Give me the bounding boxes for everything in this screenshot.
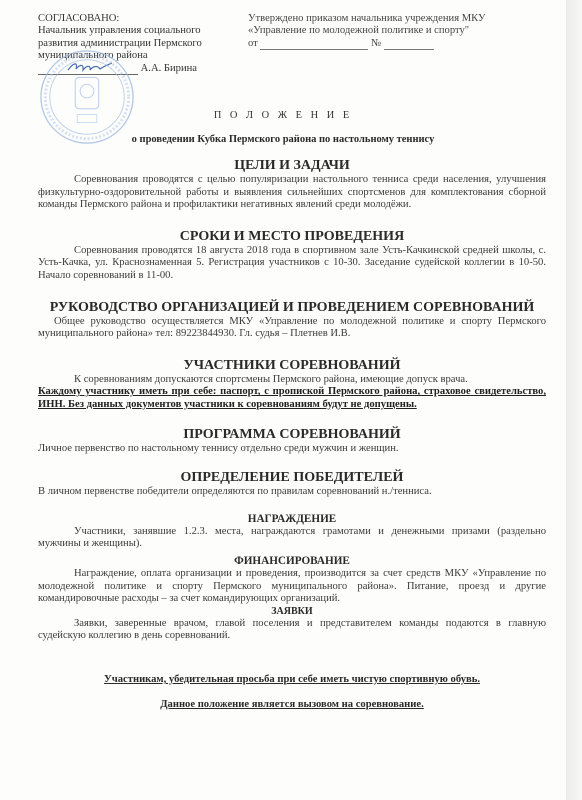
approval-order-block: Утверждено приказом начальника учреждени… [248,13,548,50]
section-text-management: Общее руководство осуществляется МКУ «Уп… [38,316,546,341]
section-text-financing: Награждение, оплата организации и провед… [38,568,546,606]
signatory-name: А.А. Бирина [141,63,197,74]
section-heading-dates-venue: СРОКИ И МЕСТО ПРОВЕДЕНИЯ [38,228,546,245]
approved-label: СОГЛАСОВАНО: [38,13,248,25]
section-text-winners: В личном первенстве победители определяю… [38,486,546,499]
section-text-goals: Соревнования проводятся с целью популяри… [38,174,546,212]
note-official-invitation: Данное положение является вызовом на сор… [38,698,546,711]
section-heading-financing: ФИНАНСИРОВАНИЕ [38,555,546,568]
participants-required-documents: Каждому участнику иметь при себе: паспор… [38,386,546,411]
section-heading-participants: УЧАСТНИКИ СОРЕВНОВАНИЙ [38,357,546,374]
section-heading-winners: ОПРЕДЕЛЕНИЕ ПОБЕДИТЕЛЕЙ [38,469,546,486]
section-text-dates-venue: Соревнования проводятся 18 августа 2018 … [38,245,546,283]
date-blank [260,39,368,50]
round-seal-stamp-icon [38,48,136,146]
note-sport-shoes: Участникам, убедительная просьба при себ… [38,673,546,686]
section-heading-program: ПРОГРАММА СОРЕВНОВАНИЙ [38,426,546,443]
number-blank [384,39,434,50]
section-heading-goals: ЦЕЛИ И ЗАДАЧИ [38,157,546,174]
section-heading-awards: НАГРАЖДЕНИЕ [38,513,546,526]
scan-page-edge [566,0,582,800]
section-text-participants: К соревнованиям допускаются спортсмены П… [38,374,546,387]
order-line-2: «Управление по молодежной политике и спо… [248,25,548,37]
section-heading-applications: ЗАЯВКИ [38,606,546,618]
document-title: П О Л О Ж Е Н И Е [0,110,566,121]
section-text-awards: Участники, занявшие 1.2.3. места, награж… [38,526,546,551]
date-prefix: от [248,38,258,49]
section-text-program: Личное первенство по настольному теннису… [38,443,546,456]
document-subtitle: о проведении Кубка Пермского района по н… [0,134,566,145]
document-body: ЦЕЛИ И ЗАДАЧИ Соревнования проводятся с … [38,157,546,711]
section-heading-management: РУКОВОДСТВО ОРГАНИЗАЦИЕЙ И ПРОВЕДЕНИЕМ С… [38,299,546,316]
section-text-applications: Заявки, заверенные врачом, главой поселе… [38,618,546,643]
number-sign: № [371,38,381,49]
order-date-line: от № [248,38,548,50]
order-line-1: Утверждено приказом начальника учреждени… [248,13,548,25]
document-page: СОГЛАСОВАНО: Начальник управления социал… [0,0,567,800]
approver-position-line-1: Начальник управления социального [38,25,248,37]
